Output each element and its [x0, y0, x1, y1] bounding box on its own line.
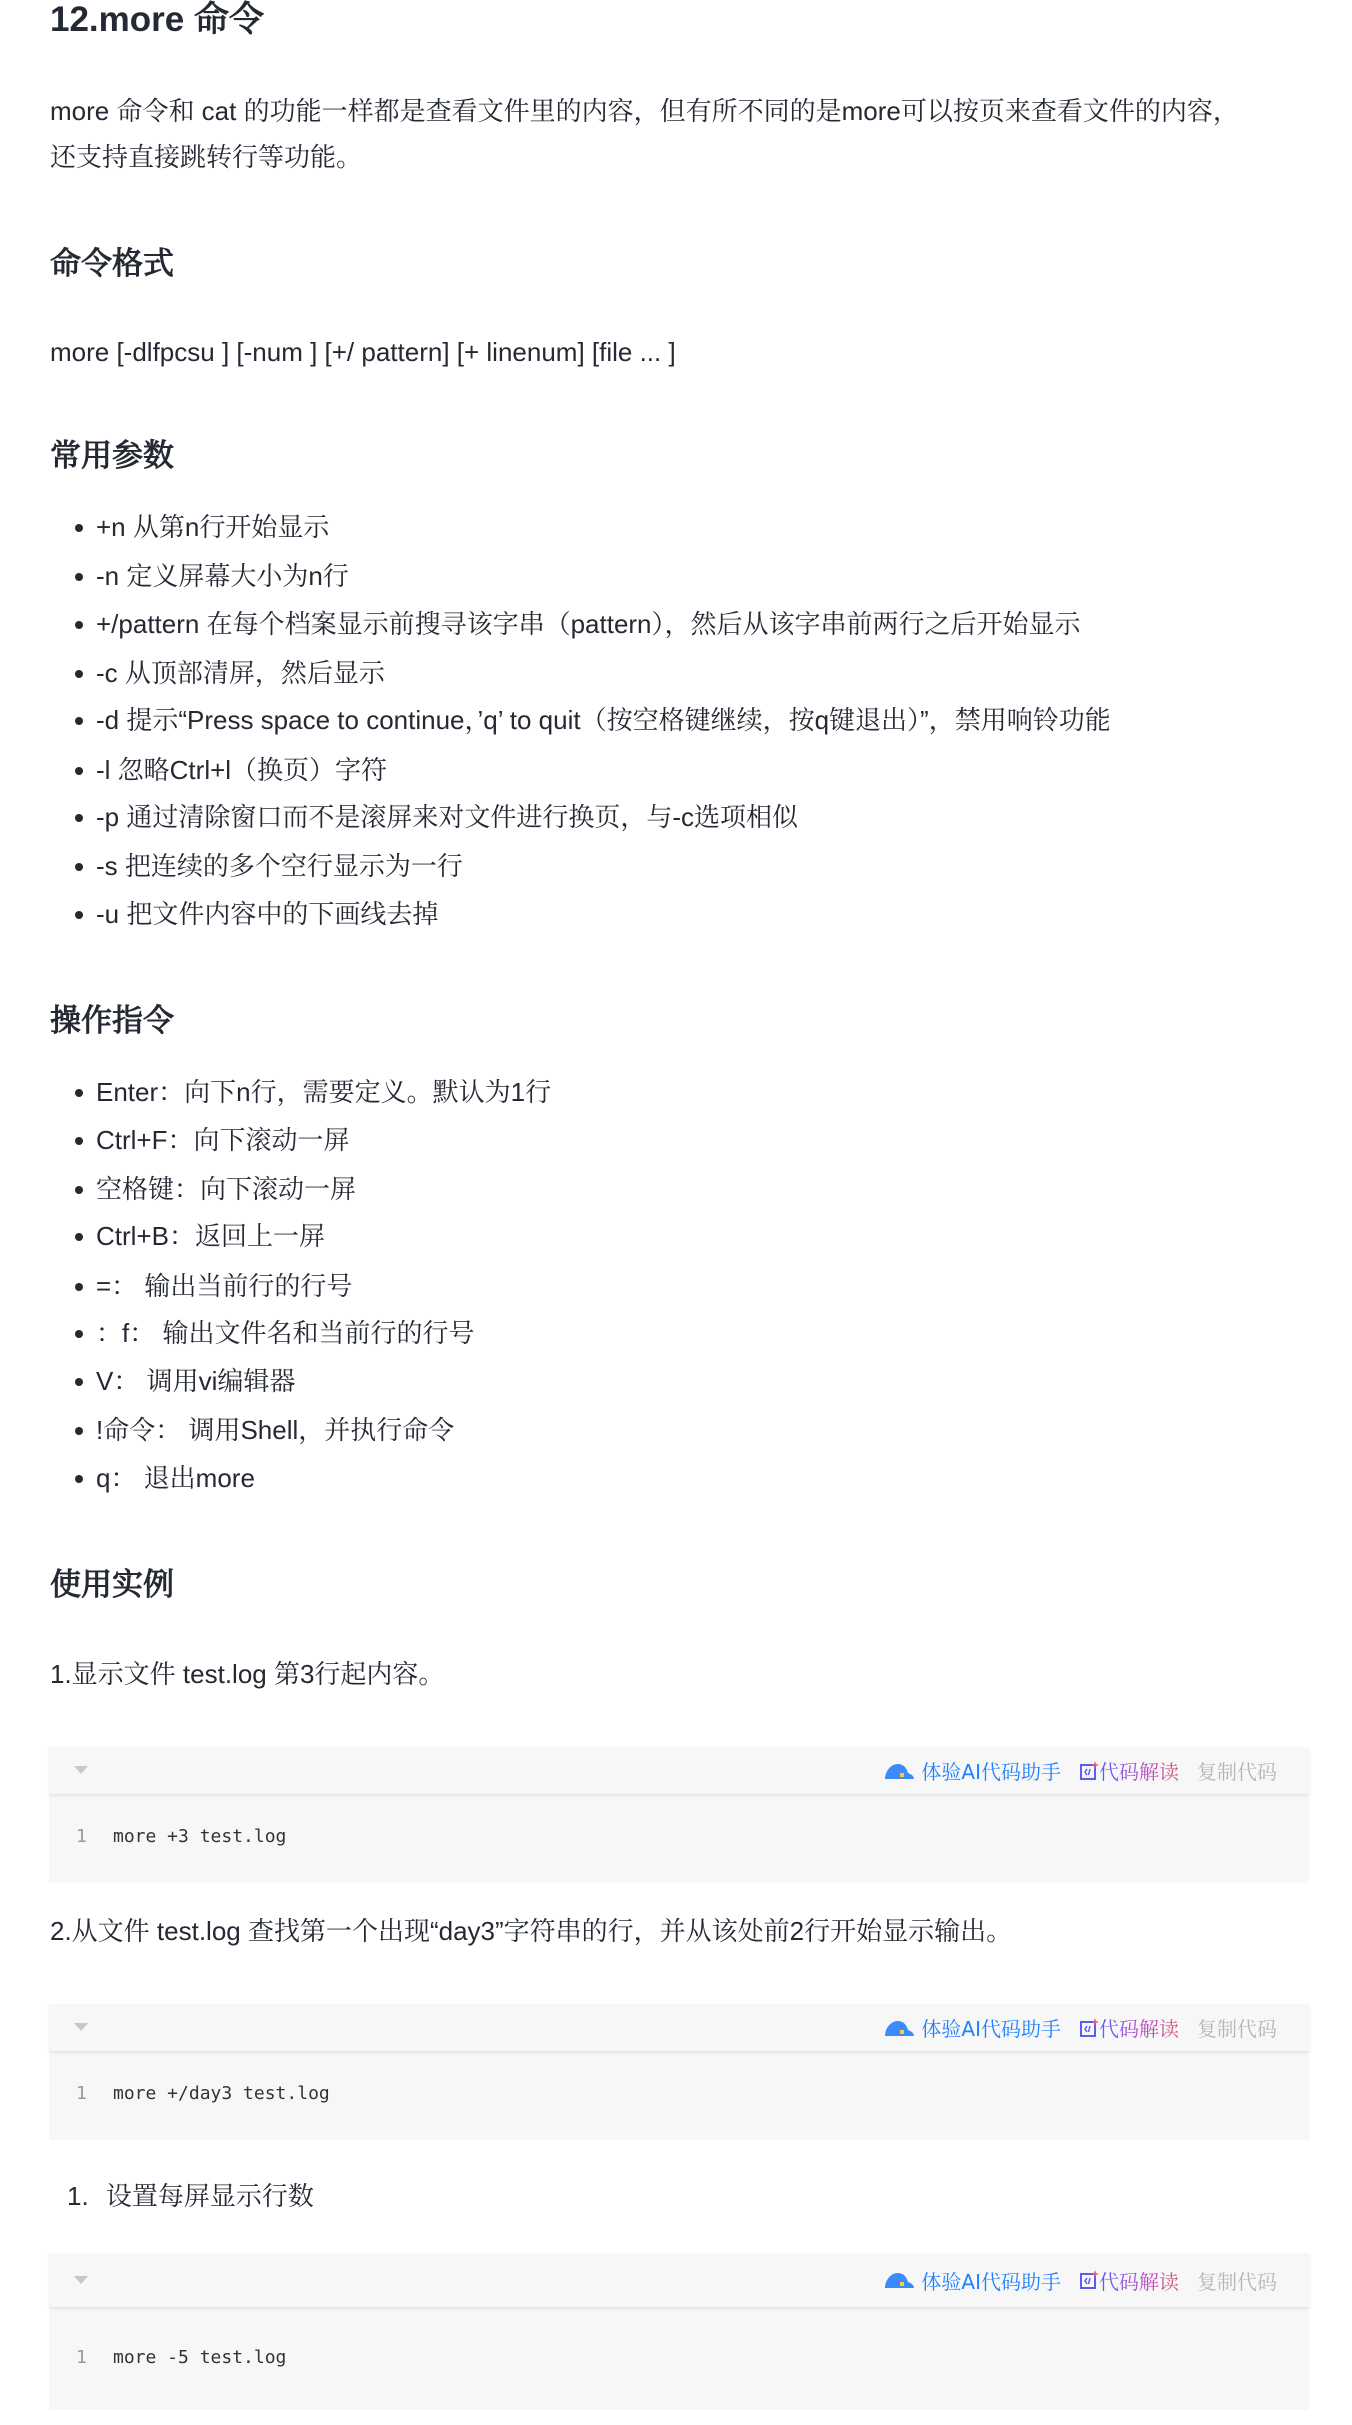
example-2-desc: 2.从文件 test.log 查找第一个出现“day3”字符串的行，并从该处前2…: [50, 1911, 1012, 1951]
code-explain-icon: [1079, 1761, 1099, 1781]
heading-examples: 使用实例: [50, 1565, 174, 1605]
ai-assistant-button[interactable]: 体验AI代码助手: [883, 2266, 1061, 2295]
code-block-1: 体验AI代码助手 代码解读 复制代码 1 more +3 test.log: [49, 1747, 1309, 1883]
list-item: V： 调用vi编辑器: [96, 1361, 295, 1401]
code-explain-button[interactable]: 代码解读: [1079, 2266, 1179, 2295]
ai-mascot-icon: [883, 2018, 915, 2038]
code-toolbar: 体验AI代码助手 代码解读 复制代码: [49, 2004, 1309, 2051]
ai-assistant-button[interactable]: 体验AI代码助手: [883, 1756, 1061, 1785]
code-line: more +/day3 test.log: [113, 2083, 330, 2104]
code-explain-button[interactable]: 代码解读: [1079, 1756, 1179, 1785]
list-item: =： 输出当前行的行号: [96, 1266, 352, 1306]
list-item: 空格键：向下滚动一屏: [96, 1169, 356, 1209]
ai-mascot-icon: [883, 2270, 915, 2290]
code-toolbar: 体验AI代码助手 代码解读 复制代码: [49, 2253, 1309, 2307]
list-item: Enter：向下n行，需要定义。默认为1行: [96, 1072, 551, 1112]
heading-ops: 操作指令: [50, 1001, 174, 1041]
code-block-2: 体验AI代码助手 代码解读 复制代码 1 more +/day3 test.lo…: [49, 2004, 1309, 2140]
collapse-caret-icon[interactable]: [74, 2276, 88, 2284]
list-item: !命令： 调用Shell，并执行命令: [96, 1410, 454, 1450]
ai-mascot-icon: [883, 1761, 915, 1781]
list-item: Ctrl+F：向下滚动一屏: [96, 1120, 350, 1160]
intro-line-2: 还支持直接跳转行等功能。: [50, 137, 362, 177]
list-item: -d 提示“Press space to continue，’q’ to qui…: [96, 700, 1111, 740]
list-item: -n 定义屏幕大小为n行: [96, 556, 349, 596]
heading-params: 常用参数: [50, 436, 174, 476]
copy-code-button[interactable]: 复制代码: [1197, 1756, 1277, 1785]
list-item: -u 把文件内容中的下画线去掉: [96, 894, 438, 934]
list-item: -l 忽略Ctrl+l（换页）字符: [96, 750, 387, 790]
list-item: -c 从顶部清屏，然后显示: [96, 653, 385, 693]
list-item: Ctrl+B：返回上一屏: [96, 1216, 325, 1256]
code-line: more +3 test.log: [113, 1826, 286, 1847]
code-explain-icon: [1079, 2018, 1099, 2038]
line-number: 1: [76, 2083, 87, 2104]
list-item: q： 退出more: [96, 1458, 255, 1498]
code-block-3: 体验AI代码助手 代码解读 复制代码 1 more -5 test.log: [49, 2253, 1309, 2410]
copy-code-button[interactable]: 复制代码: [1197, 2013, 1277, 2042]
line-number: 1: [76, 1826, 87, 1847]
page-title: 12.more 命令: [50, 0, 264, 40]
collapse-caret-icon[interactable]: [74, 2023, 88, 2031]
code-explain-button[interactable]: 代码解读: [1079, 2013, 1179, 2042]
line-number: 1: [76, 2347, 87, 2368]
list-item: -p 通过清除窗口而不是滚屏来对文件进行换页，与-c选项相似: [96, 797, 798, 837]
code-line: more -5 test.log: [113, 2347, 286, 2368]
example-3-text: 设置每屏显示行数: [106, 2181, 314, 2211]
copy-code-button[interactable]: 复制代码: [1197, 2266, 1277, 2295]
code-explain-icon: [1079, 2270, 1099, 2290]
code-body: 1 more -5 test.log: [49, 2307, 1309, 2410]
code-body: 1 more +3 test.log: [49, 1794, 1309, 1883]
example-3-desc: 1. 设置每屏显示行数: [67, 2176, 314, 2216]
intro-line-1: more 命令和 cat 的功能一样都是查看文件里的内容，但有所不同的是more…: [50, 91, 1239, 131]
list-item: ：f： 输出文件名和当前行的行号: [96, 1313, 474, 1353]
ai-assistant-button[interactable]: 体验AI代码助手: [883, 2013, 1061, 2042]
list-item: +n 从第n行开始显示: [96, 507, 329, 547]
collapse-caret-icon[interactable]: [74, 1766, 88, 1774]
list-item: -s 把连续的多个空行显示为一行: [96, 846, 463, 886]
example-1-desc: 1.显示文件 test.log 第3行起内容。: [50, 1654, 444, 1694]
code-toolbar: 体验AI代码助手 代码解读 复制代码: [49, 1747, 1309, 1794]
heading-syntax: 命令格式: [50, 244, 174, 284]
code-body: 1 more +/day3 test.log: [49, 2051, 1309, 2140]
list-item: +/pattern 在每个档案显示前搜寻该字串（pattern），然后从该字串前…: [96, 604, 1081, 644]
ordered-number: 1.: [67, 2181, 89, 2211]
syntax-text: more [-dlfpcsu ] [-num ] [+/ pattern] [+…: [50, 332, 676, 372]
